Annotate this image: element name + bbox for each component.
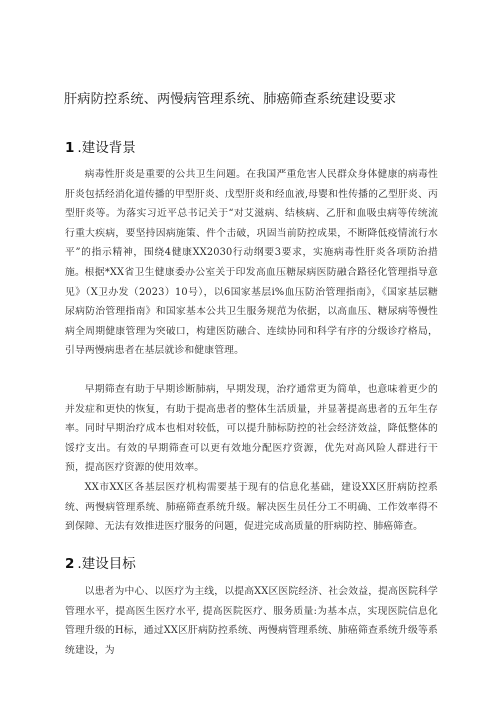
document-title: 肝病防控系统、两慢病管理系统、肺癌筛查系统建设要求 <box>64 88 464 107</box>
paragraph-goals: 以患者为中心、以医疗为主线，以提高XX区医院经济、社会效益，提高医院科学管理水平… <box>65 582 438 660</box>
paragraph-district-systems: XX市XX区各基层医疗机构需要基于现有的信息化基础，建设XX区肝病防控系统、两慢… <box>65 478 438 537</box>
section-title: .建设背景 <box>77 140 135 156</box>
section-heading-goals: 2.建设目标 <box>65 552 136 572</box>
paragraph-chronic-disease: 根据*XX省卫生健康委办公室关于印发高血压糖尿病医防融合路径化管理指导意见》（X… <box>65 263 438 361</box>
document-page: 肝病防控系统、两慢病管理系统、肺癌筛查系统建设要求 1.建设背景 病毒性肝炎是重… <box>0 0 500 707</box>
section-heading-background: 1.建设背景 <box>65 136 136 156</box>
section-number: 1 <box>65 140 74 156</box>
section-title: .建设目标 <box>77 556 135 572</box>
paragraph-lung-screening: 早期筛查有助于早期诊断肺病，早期发现，治疗通常更为简单，也意味着更少的并发症和更… <box>65 380 438 478</box>
section-number: 2 <box>65 556 74 572</box>
